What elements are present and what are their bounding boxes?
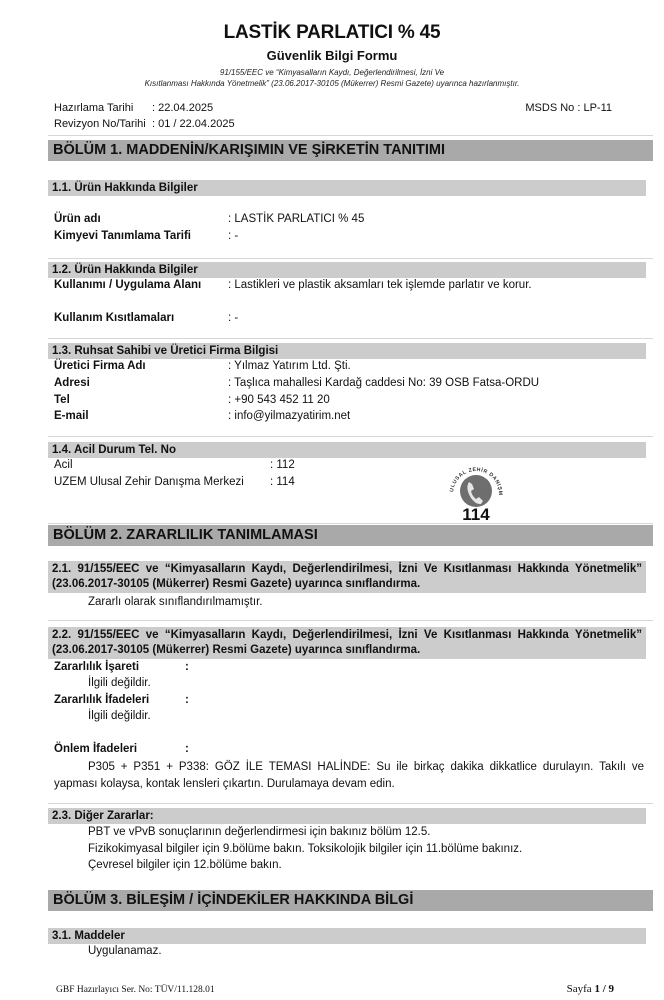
field-label: Ürün adı	[54, 213, 228, 225]
manufacturer-row: Üretici Firma Adı: Yılmaz Yatırım Ltd. Ş…	[54, 360, 351, 372]
field-label: Kullanım Kısıtlamaları	[54, 312, 228, 324]
field-value: : 114	[270, 476, 295, 488]
section-2-3-header: 2.3. Diğer Zararlar:	[48, 808, 646, 824]
field-label: Tel	[54, 394, 228, 406]
precaution-label: Önlem İfadeleri	[54, 743, 137, 755]
field-label: Üretici Firma Adı	[54, 360, 228, 372]
field-value: : 112	[270, 459, 295, 471]
section-2-header: BÖLÜM 2. ZARARLILIK TANIMLAMASI	[48, 525, 653, 546]
colon: :	[185, 743, 189, 755]
email-link[interactable]: : info@yilmazyatirim.net	[228, 410, 350, 422]
prep-date-value: : 22.04.2025	[152, 102, 213, 114]
footer-preparer: GBF Hazırlayıcı Ser. No: TÜV/11.128.01	[56, 985, 215, 995]
prep-date-label: Hazırlama Tarihi	[54, 102, 152, 114]
hazard-statements-value: İlgili değildir.	[88, 710, 151, 722]
email-row: E-mail: info@yilmazyatirim.net	[54, 410, 350, 422]
field-label: Kullanımı / Uygulama Alanı	[54, 279, 228, 291]
hazard-sign-label: Zararlılık İşareti	[54, 661, 139, 673]
substances-text: Uygulanamaz.	[88, 945, 162, 957]
page-total: 9	[609, 983, 615, 995]
product-name-row: Ürün adı: LASTİK PARLATICI % 45	[54, 213, 364, 225]
colon: :	[185, 661, 189, 673]
colon: :	[185, 694, 189, 706]
page-separator: /	[600, 983, 609, 995]
section-1-1-header: 1.1. Ürün Hakkında Bilgiler	[48, 180, 646, 196]
page-number: Sayfa 1 / 9	[567, 983, 614, 995]
field-value: : Taşlıca mahallesi Kardağ caddesi No: 3…	[228, 377, 539, 389]
prep-date: Hazırlama Tarihi: 22.04.2025	[54, 102, 213, 114]
field-value: : Yılmaz Yatırım Ltd. Şti.	[228, 360, 351, 372]
section-3-header: BÖLÜM 3. BİLEŞİM / İÇİNDEKİLER HAKKINDA …	[48, 890, 653, 911]
section-2-2-header: 2.2. 91/155/EEC ve “Kimyasalların Kaydı,…	[48, 627, 646, 659]
regulation-line-1: 91/155/EEC ve “Kimyasalların Kaydı, Değe…	[0, 68, 664, 77]
section-3-1-header: 3.1. Maddeler	[48, 928, 646, 944]
revision: Revizyon No/Tarihi: 01 / 22.04.2025	[54, 118, 235, 130]
emergency-row: Acil: 112	[54, 459, 295, 471]
section-1-3-header: 1.3. Ruhsat Sahibi ve Üretici Firma Bilg…	[48, 343, 646, 359]
document-title: LASTİK PARLATICI % 45	[0, 22, 664, 44]
poison-center-logo: ULUSAL ZEHİR DANIŞMA MERKEZİ 114	[441, 460, 511, 522]
other-hazards-line: PBT ve vPvB sonuçlarının değerlendirmesi…	[88, 826, 430, 838]
phone-icon: ULUSAL ZEHİR DANIŞMA MERKEZİ 114	[441, 460, 511, 522]
page-prefix: Sayfa	[567, 983, 595, 995]
field-value: : LASTİK PARLATICI % 45	[228, 213, 364, 225]
divider	[48, 436, 653, 437]
section-1-2-header: 1.2. Ürün Hakkında Bilgiler	[48, 262, 646, 278]
phone-row: Tel: +90 543 452 11 20	[54, 394, 330, 406]
precaution-text: P305 + P351 + P338: GÖZ İLE TEMASI HALİN…	[54, 759, 644, 793]
hazard-statements-label: Zararlılık İfadeleri	[54, 694, 149, 706]
field-value: : Lastikleri ve plastik aksamları tek iş…	[228, 279, 532, 291]
address-row: Adresi: Taşlıca mahallesi Kardağ caddesi…	[54, 377, 539, 389]
divider	[48, 338, 653, 339]
field-label: Adresi	[54, 377, 228, 389]
msds-number: MSDS No : LP-11	[525, 102, 612, 114]
revision-value: : 01 / 22.04.2025	[152, 118, 235, 130]
divider	[48, 803, 653, 804]
usage-restrictions-row: Kullanım Kısıtlamaları: -	[54, 312, 238, 324]
chemical-definition-row: Kimyevi Tanımlama Tarifi: -	[54, 230, 238, 242]
regulation-line-2: Kısıtlanması Hakkında Yönetmelik” (23.06…	[0, 79, 664, 88]
field-label: Kimyevi Tanımlama Tarifi	[54, 230, 228, 242]
field-label: Acil	[54, 459, 270, 471]
divider	[48, 135, 653, 136]
field-value: : -	[228, 230, 238, 242]
divider	[48, 258, 653, 259]
classification-text: Zararlı olarak sınıflandırılmamıştır.	[88, 596, 262, 608]
section-1-header: BÖLÜM 1. MADDENİN/KARIŞIMIN VE ŞİRKETİN …	[48, 140, 653, 161]
field-value: : +90 543 452 11 20	[228, 394, 330, 406]
other-hazards-line: Çevresel bilgiler için 12.bölüme bakın.	[88, 859, 282, 871]
divider	[48, 620, 653, 621]
section-2-1-header: 2.1. 91/155/EEC ve “Kimyasalların Kaydı,…	[48, 561, 646, 593]
usage-area-row: Kullanımı / Uygulama Alanı: Lastikleri v…	[54, 279, 532, 291]
field-label: E-mail	[54, 410, 228, 422]
field-value: : -	[228, 312, 238, 324]
field-label: UZEM Ulusal Zehir Danışma Merkezi	[54, 476, 270, 488]
document-subtitle: Güvenlik Bilgi Formu	[0, 48, 664, 63]
section-1-4-header: 1.4. Acil Durum Tel. No	[48, 442, 646, 458]
poison-center-row: UZEM Ulusal Zehir Danışma Merkezi: 114	[54, 476, 295, 488]
divider	[48, 523, 653, 524]
revision-label: Revizyon No/Tarihi	[54, 118, 152, 130]
other-hazards-line: Fizikokimyasal bilgiler için 9.bölüme ba…	[88, 843, 522, 855]
svg-text:114: 114	[462, 505, 490, 522]
hazard-sign-value: İlgili değildir.	[88, 677, 151, 689]
